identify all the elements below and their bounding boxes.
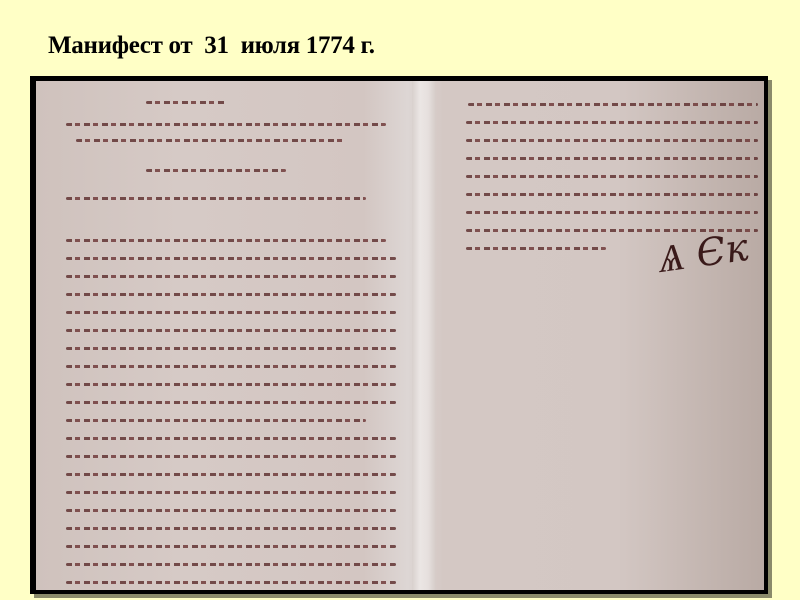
slide-title: Манифест от 31 июля 1774 г. [48, 32, 375, 60]
page-fold [412, 81, 436, 590]
signature: Ѧ Єк [655, 225, 751, 282]
manuscript-image-frame: Ѧ Єк [30, 76, 768, 594]
manuscript-photo: Ѧ Єк [36, 81, 764, 590]
